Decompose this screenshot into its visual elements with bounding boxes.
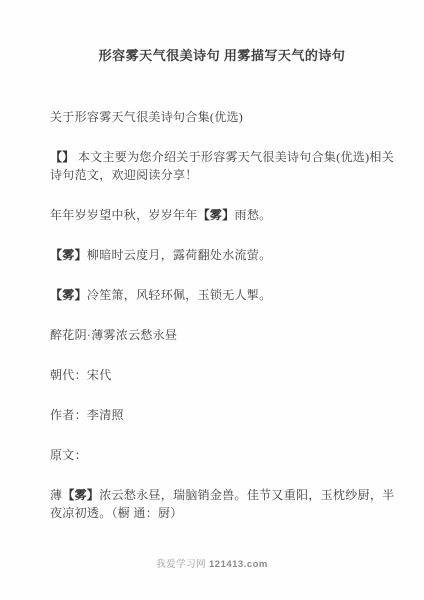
text-segment: 年年岁岁望中秋，岁岁年年	[50, 208, 198, 222]
text-segment: 关于形容雾天气很美诗句合集(优选)	[50, 110, 243, 124]
text-segment: 作者：李清照	[50, 408, 124, 422]
text-segment: 浓云愁永昼，瑞脑销金兽。佳节又重阳，玉枕纱厨，半夜凉初透。（橱 通：厨）	[50, 488, 394, 520]
paragraph: 原文：	[50, 446, 396, 464]
emphasis-text: 【雾】	[50, 288, 87, 302]
paragraph: 年年岁岁望中秋，岁岁年年【雾】雨愁。	[50, 206, 396, 224]
paragraph: 【】 本文主要为您介绍关于形容雾天气很美诗句合集(优选)相关诗句范文，欢迎阅读分…	[50, 148, 396, 184]
text-segment: 原文：	[50, 448, 87, 462]
footer-site-url: 121413.com	[209, 559, 268, 570]
paragraph: 醉花阴·薄雾浓云愁永昼	[50, 326, 396, 344]
paragraph: 【雾】冷笙箫，风轻环佩，玉锁无人掣。	[50, 286, 396, 304]
emphasis-text: 【雾】	[50, 248, 87, 262]
emphasis-text: 【雾】	[198, 208, 235, 222]
paragraphs: 关于形容雾天气很美诗句合集(优选)【】 本文主要为您介绍关于形容雾天气很美诗句合…	[50, 108, 396, 522]
paragraph: 关于形容雾天气很美诗句合集(优选)	[50, 108, 396, 126]
text-segment: 柳暗时云度月，露荷翻处水流萤。	[87, 248, 272, 262]
paragraph: 朝代：宋代	[50, 366, 396, 384]
text-segment: 薄	[50, 488, 62, 502]
page-footer: 我爱学习网 121413.com	[0, 556, 424, 570]
paragraph: 【雾】柳暗时云度月，露荷翻处水流萤。	[50, 246, 396, 264]
text-segment: 雨愁。	[235, 208, 272, 222]
paragraph: 薄【雾】浓云愁永昼，瑞脑销金兽。佳节又重阳，玉枕纱厨，半夜凉初透。（橱 通：厨）	[50, 486, 396, 522]
footer-site-name: 我爱学习网	[156, 560, 206, 570]
page-title: 形容雾天气很美诗句 用雾描写天气的诗句	[50, 48, 394, 64]
paragraph: 作者：李清照	[50, 406, 396, 424]
emphasis-text: 【雾】	[62, 488, 99, 502]
text-segment: 醉花阴·薄雾浓云愁永昼	[50, 328, 177, 342]
emphasis-text: 【】	[50, 150, 75, 164]
text-segment: 冷笙箫，风轻环佩，玉锁无人掣。	[87, 288, 272, 302]
text-segment: 本文主要为您介绍关于形容雾天气很美诗句合集(优选)相关诗句范文，欢迎阅读分享！	[50, 150, 394, 182]
text-segment: 朝代：宋代	[50, 368, 112, 382]
document-page: 形容雾天气很美诗句 用雾描写天气的诗句 关于形容雾天气很美诗句合集(优选)【】 …	[0, 0, 424, 600]
